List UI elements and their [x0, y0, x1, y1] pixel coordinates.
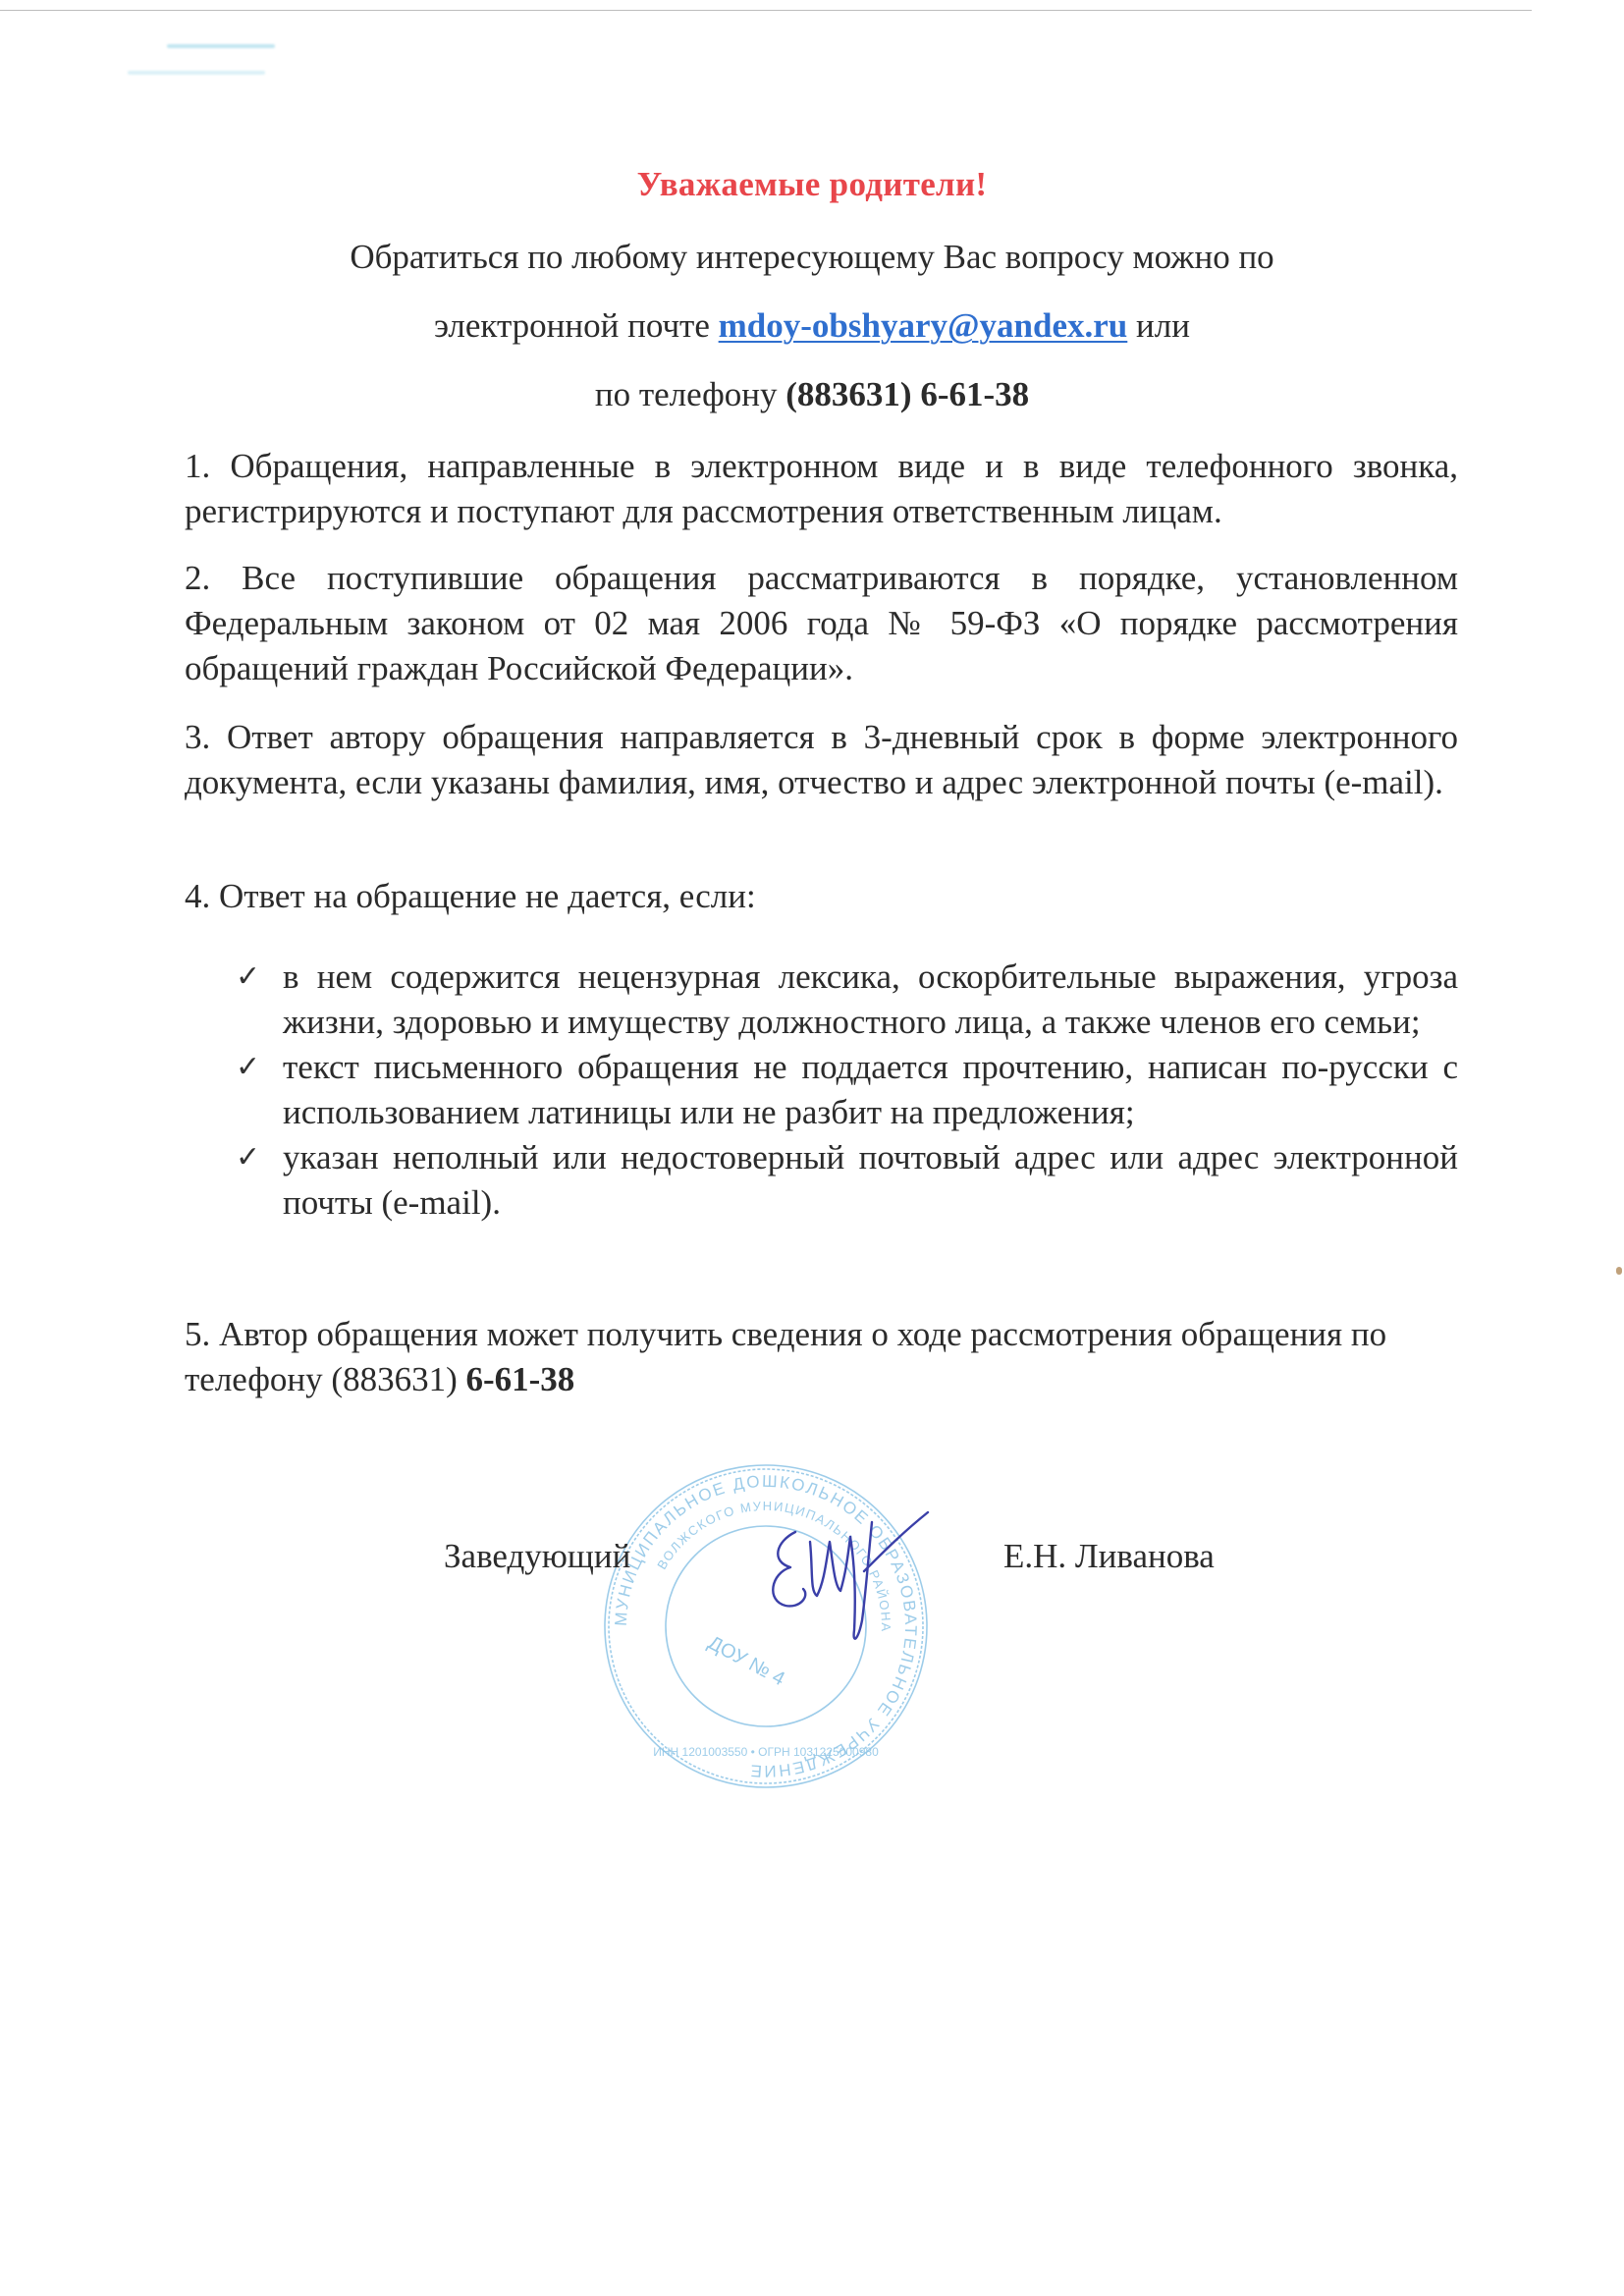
checkmark-icon: ✓ — [236, 1045, 260, 1090]
condition-text-3: указан неполный или недостоверный почтов… — [283, 1138, 1458, 1222]
intro-line-1: Обратиться по любому интересующему Вас в… — [0, 238, 1624, 277]
paragraph-4: 4. Ответ на обращение не дается, если: — [185, 874, 1458, 919]
intro-email-prefix: электронной почте — [434, 306, 719, 345]
intro-line-3: по телефону (883631) 6-61-38 — [0, 375, 1624, 414]
paragraph-3: 3. Ответ автору обращения направляется в… — [185, 715, 1458, 805]
scan-speck — [1616, 1267, 1622, 1275]
stamp-bottom-text: ИНН 1201003550 • ОГРН 1031225000980 — [653, 1745, 879, 1759]
page-title: Уважаемые родители! — [0, 165, 1624, 204]
paragraph-1-block: 1. Обращения, направленные в электронном… — [185, 444, 1458, 534]
paragraph-2: 2. Все поступившие обращения рассматрива… — [185, 556, 1458, 691]
intro-line-2: электронной почте mdoy-obshyary@yandex.r… — [0, 306, 1624, 346]
paragraph-5: 5. Автор обращения может получить сведен… — [185, 1312, 1458, 1402]
condition-text-1: в нем содержится нецензурная лексика, ос… — [283, 957, 1458, 1041]
intro-email-suffix: или — [1127, 306, 1190, 345]
paragraph-5-phone: 6-61-38 — [465, 1360, 574, 1398]
condition-text-2: текст письменного обращения не поддается… — [283, 1048, 1458, 1131]
scan-smudge — [167, 44, 275, 48]
page-top-edge — [0, 10, 1532, 11]
conditions-list: ✓ в нем содержится нецензурная лексика, … — [236, 955, 1458, 1226]
list-item: ✓ в нем содержится нецензурная лексика, … — [236, 955, 1458, 1045]
signatory-name: Е.Н. Ливанова — [1003, 1537, 1215, 1576]
list-item: ✓ указан неполный или недостоверный почт… — [236, 1135, 1458, 1226]
paragraph-5-text: 5. Автор обращения может получить сведен… — [185, 1315, 1386, 1398]
handwritten-signature-icon — [756, 1503, 933, 1660]
list-item: ✓ текст письменного обращения не поддает… — [236, 1045, 1458, 1135]
paragraph-4-block: 4. Ответ на обращение не дается, если: — [185, 874, 1458, 919]
paragraph-3-block: 3. Ответ автору обращения направляется в… — [185, 715, 1458, 805]
intro-phone-prefix: по телефону — [595, 375, 785, 413]
paragraph-1: 1. Обращения, направленные в электронном… — [185, 444, 1458, 534]
scan-smudge — [128, 71, 265, 75]
checkmark-icon: ✓ — [236, 955, 260, 1000]
checkmark-icon: ✓ — [236, 1135, 260, 1180]
email-link[interactable]: mdoy-obshyary@yandex.ru — [719, 306, 1128, 345]
paragraph-5-block: 5. Автор обращения может получить сведен… — [185, 1312, 1458, 1402]
signatory-position: Заведующий — [444, 1537, 630, 1576]
intro-phone: (883631) 6-61-38 — [785, 375, 1029, 413]
paragraph-2-block: 2. Все поступившие обращения рассматрива… — [185, 556, 1458, 691]
